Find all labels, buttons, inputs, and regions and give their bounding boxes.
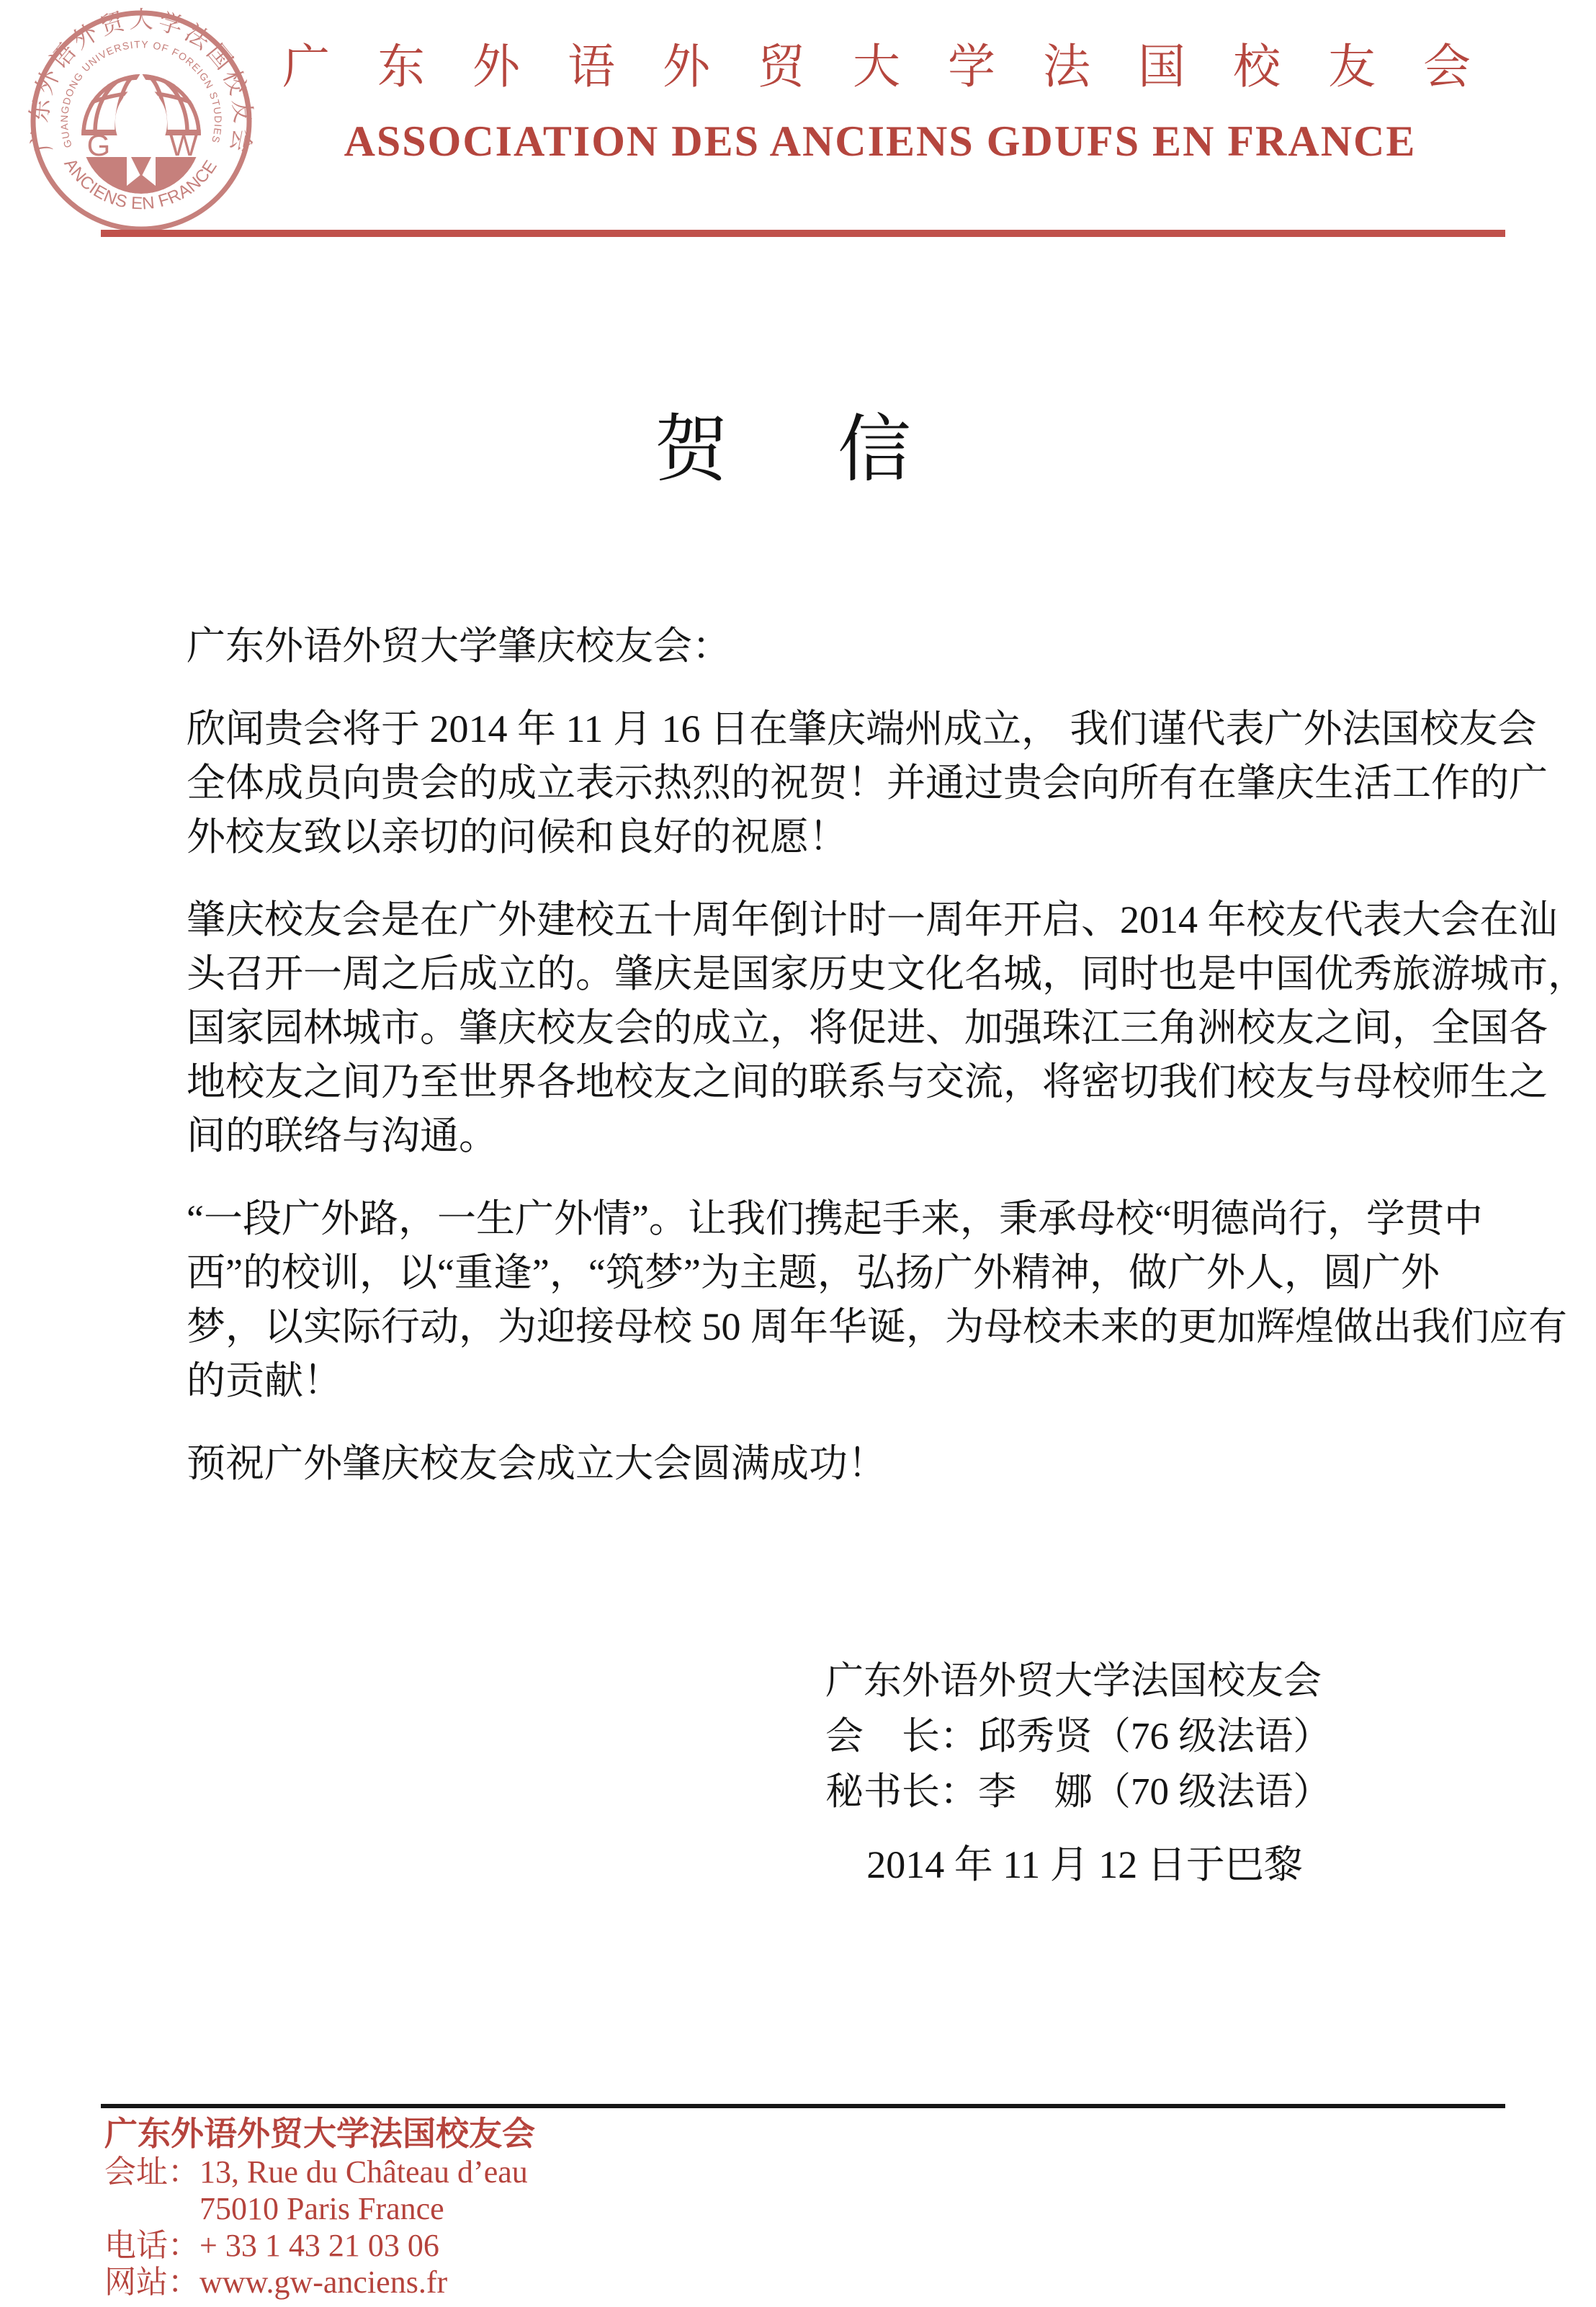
footer-org-name: 广东外语外贸大学法国校友会: [104, 2115, 1473, 2154]
paragraph-2: 肇庆校友会是在广外建校五十周年倒计时一周年开启、2014 年校友代表大会在汕 头…: [187, 893, 1461, 1163]
signature-secretary: 秘书长：李 娜（70 级法语）: [825, 1765, 1331, 1820]
paragraph-line: 西”的校训，以“重逢”，“筑梦”为主题，弘扬广外精神，做广外人，圆广外: [187, 1246, 1461, 1300]
letter-title-char-left: 贺: [655, 414, 728, 488]
paragraph-line: 的贡献！: [187, 1354, 1461, 1408]
paragraph-line: 全体成员向贵会的成立表示热烈的祝贺！并通过贵会向所有在肇庆生活工作的广: [187, 756, 1461, 810]
paragraph-line: 预祝广外肇庆校友会成立大会圆满成功！: [187, 1437, 1461, 1491]
letter-page: 广东外语外贸大学法国校友会 GUANGDONG UNIVERSITY OF FO…: [0, 0, 1596, 2307]
paragraph-1: 欣闻贵会将于 2014 年 11 月 16 日在肇庆端州成立， 我们谨代表广外法…: [187, 702, 1461, 864]
website-url: www.gw-anciens.fr: [199, 2264, 447, 2301]
website-label: 网站：: [104, 2264, 199, 2301]
footer-address-row: 会址： 13, Rue du Château d’eau: [104, 2154, 1473, 2190]
paragraph-line: 梦，以实际行动，为迎接母校 50 周年华诞，为母校未来的更加辉煌做出我们应有: [187, 1300, 1461, 1354]
letter-body: 广东外语外贸大学肇庆校友会： 欣闻贵会将于 2014 年 11 月 16 日在肇…: [187, 619, 1461, 1520]
paragraph-line: 地校友之间乃至世界各地校友之间的联系与交流，将密切我们校友与母校师生之: [187, 1055, 1461, 1109]
signature-date: 2014 年 11 月 12 日于巴黎: [840, 1838, 1330, 1892]
phone-number: + 33 1 43 21 03 06: [199, 2227, 439, 2264]
header-divider: [101, 230, 1505, 237]
address-line2: 75010 Paris France: [199, 2190, 444, 2227]
footer-website-row: 网站： www.gw-anciens.fr: [104, 2264, 1473, 2301]
letter-title-char-right: 信: [838, 414, 911, 488]
address-line1: 13, Rue du Château d’eau: [199, 2154, 528, 2190]
footer-address-row2: 75010 Paris France: [104, 2190, 1473, 2227]
paragraph-line: 欣闻贵会将于 2014 年 11 月 16 日在肇庆端州成立， 我们谨代表广外法…: [187, 702, 1461, 756]
salutation: 广东外语外贸大学肇庆校友会：: [187, 619, 1461, 673]
org-title-chinese: 广 东 外 语 外 贸 大 学 法 国 校 友 会: [282, 42, 1478, 94]
paragraph-line: 外校友致以亲切的问候和良好的祝愿！: [187, 810, 1461, 864]
paragraph-line: “一段广外路，一生广外情”。让我们携起手来，秉承母校“明德尚行，学贯中: [187, 1192, 1461, 1246]
signature-president: 会 长：邱秀贤（76 级法语）: [825, 1709, 1331, 1765]
paragraph-4: 预祝广外肇庆校友会成立大会圆满成功！: [187, 1437, 1461, 1491]
org-title-french: ASSOCIATION DES ANCIENS GDUFS EN FRANCE: [282, 117, 1478, 166]
address-label: 会址：: [104, 2154, 199, 2190]
signature-block: 广东外语外贸大学法国校友会 会 长：邱秀贤（76 级法语） 秘书长：李 娜（70…: [825, 1654, 1331, 1820]
footer-divider: [101, 2104, 1505, 2108]
globe-letter-w: W: [169, 128, 198, 162]
phone-label: 电话：: [104, 2227, 199, 2264]
paragraph-line: 间的联络与沟通。: [187, 1109, 1461, 1163]
paragraph-3: “一段广外路，一生广外情”。让我们携起手来，秉承母校“明德尚行，学贯中 西”的校…: [187, 1192, 1461, 1408]
footer-phone-row: 电话： + 33 1 43 21 03 06: [104, 2227, 1473, 2264]
paragraph-line: 头召开一周之后成立的。肇庆是国家历史文化名城，同时也是中国优秀旅游城市，: [187, 947, 1461, 1001]
globe-letter-g: G: [87, 128, 111, 162]
paragraph-line: 肇庆校友会是在广外建校五十周年倒计时一周年开启、2014 年校友代表大会在汕: [187, 893, 1461, 947]
letter-title: 贺 信: [0, 414, 1596, 488]
paragraph-line: 国家园林城市。肇庆校友会的成立，将促进、加强珠江三角洲校友之间，全国各: [187, 1001, 1461, 1055]
signature-org: 广东外语外贸大学法国校友会: [825, 1654, 1331, 1709]
gdufs-france-alumni-seal: 广东外语外贸大学法国校友会 GUANGDONG UNIVERSITY OF FO…: [26, 4, 256, 238]
footer: 广东外语外贸大学法国校友会 会址： 13, Rue du Château d’e…: [104, 2115, 1473, 2301]
